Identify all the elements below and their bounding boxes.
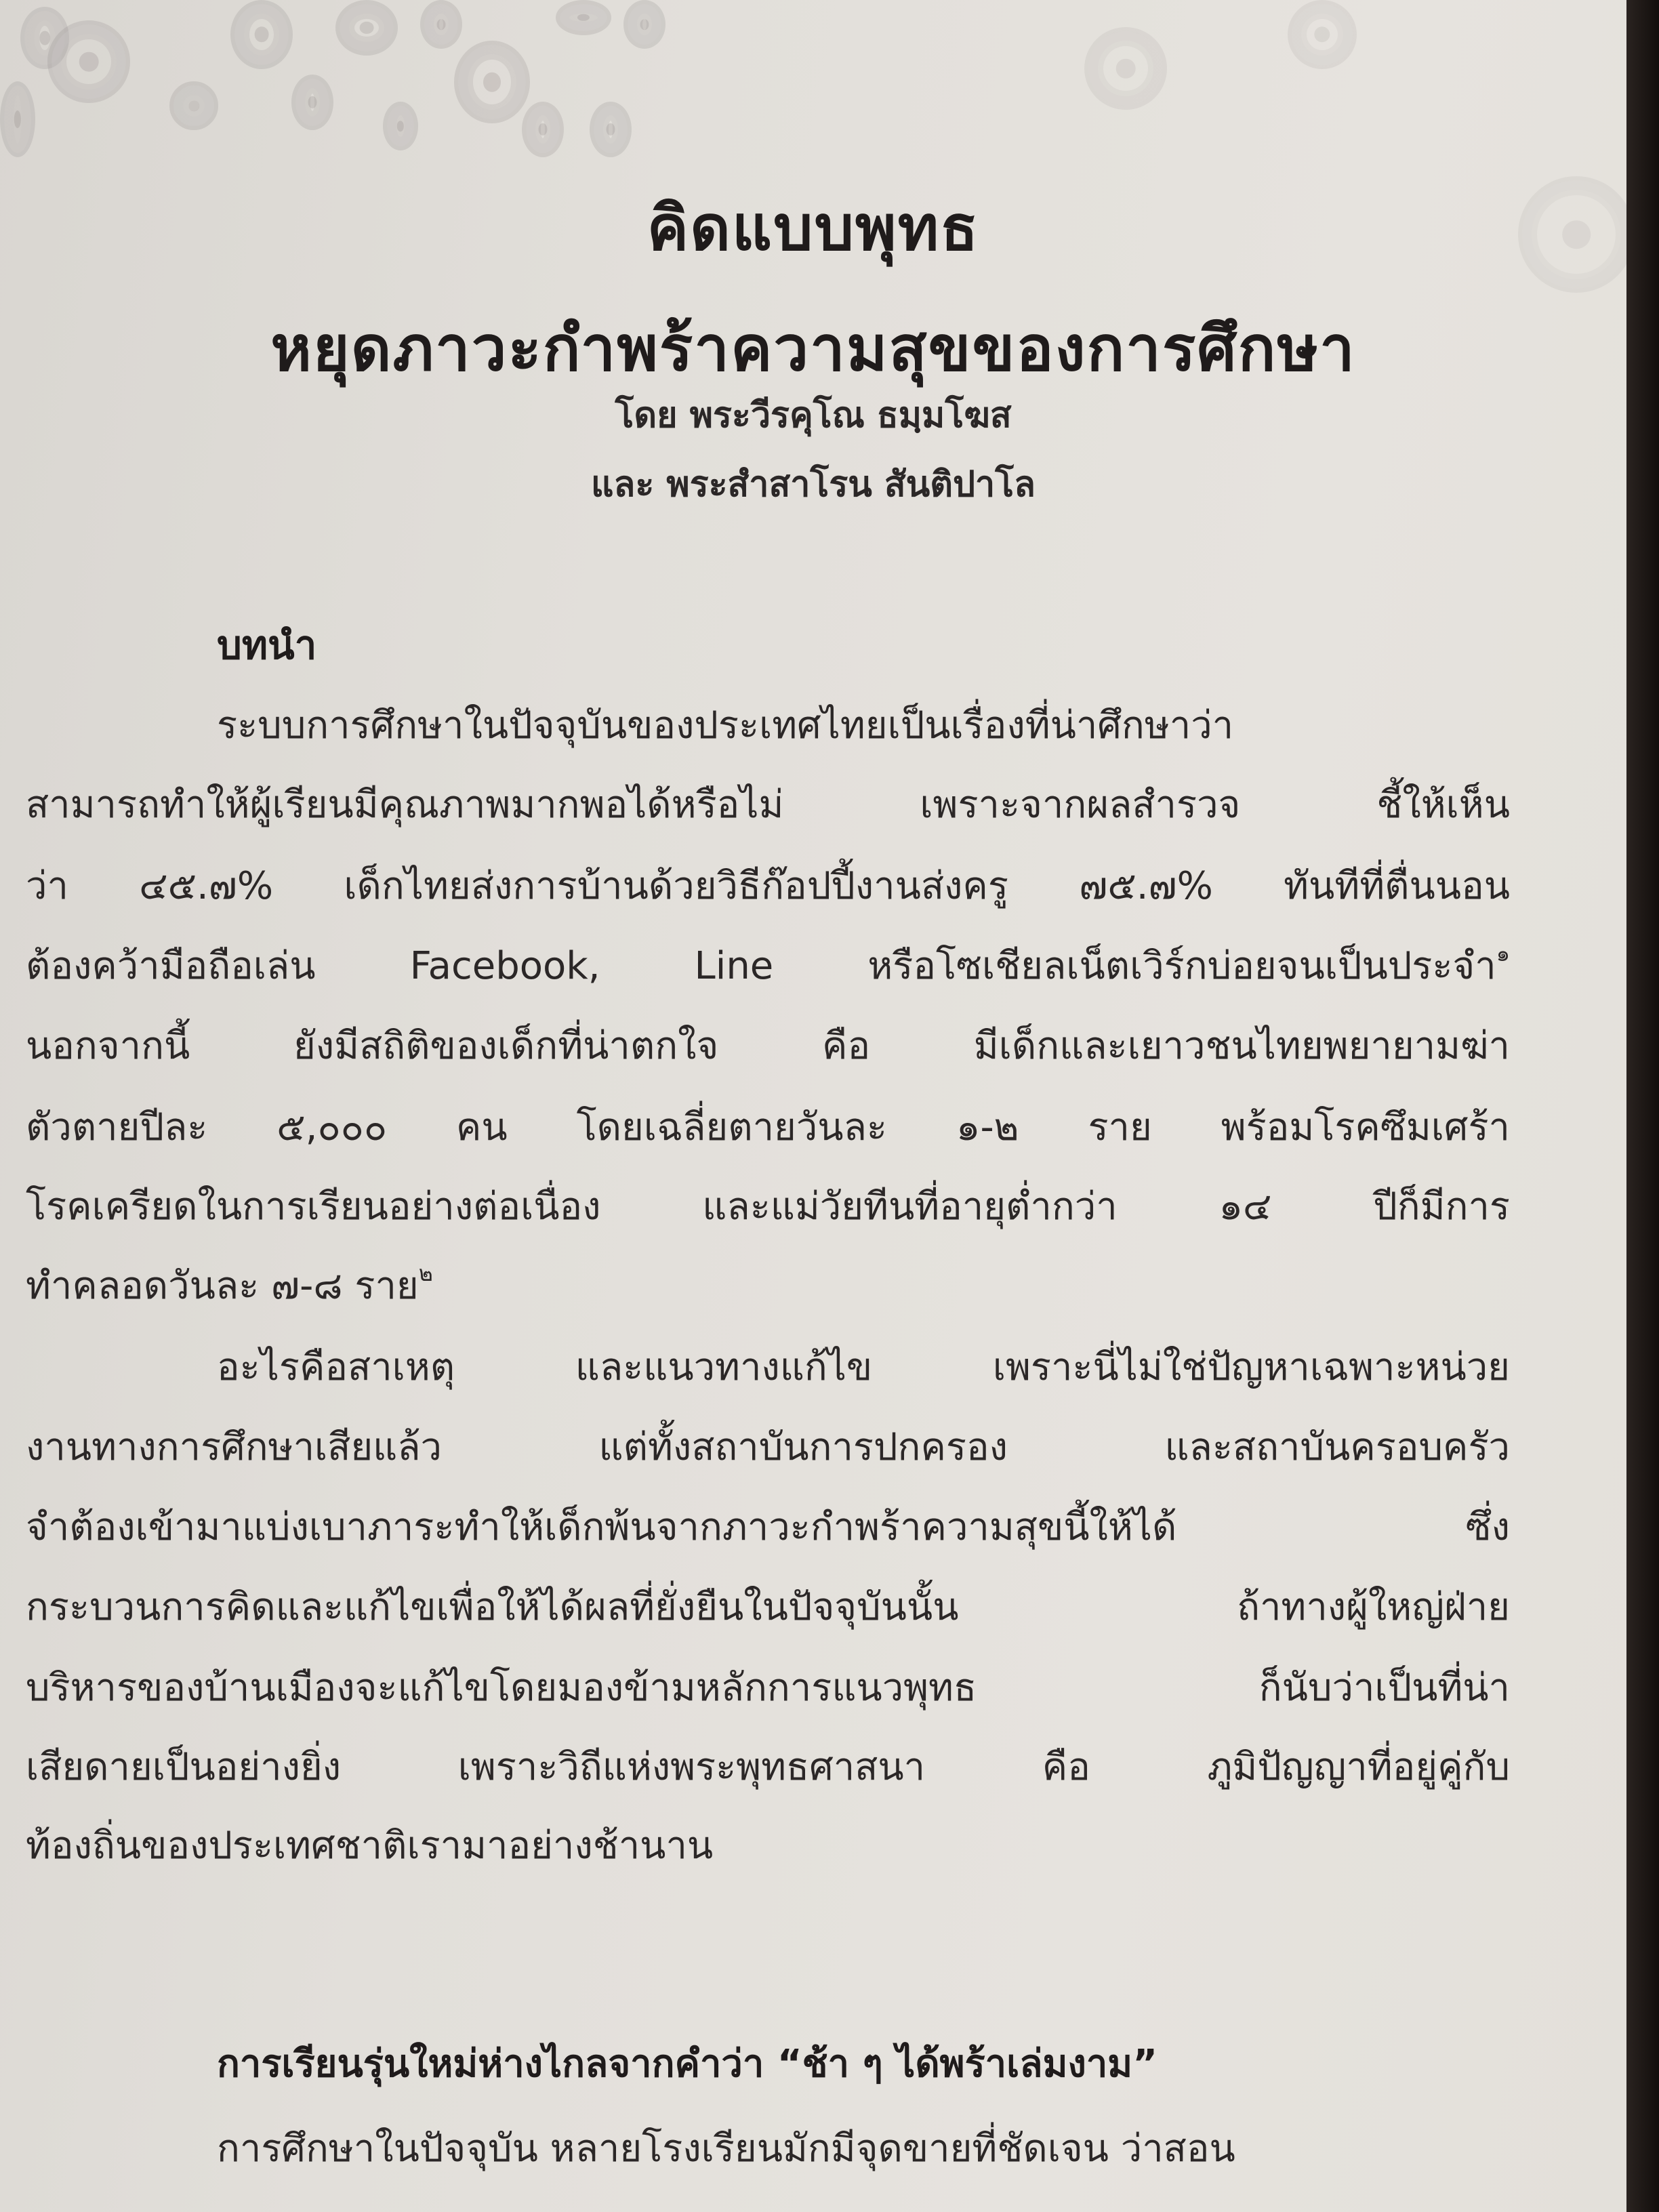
paragraph-line: จำต้องเข้ามาแบ่งเบาภาระทำให้เด็กพ้นจากภา… bbox=[26, 1496, 1510, 1557]
decorative-circle-icon bbox=[522, 102, 564, 157]
paragraph-line: ทำคลอดวันละ ๗-๘ ราย๒ bbox=[26, 1255, 1510, 1315]
section-heading-intro: บทนำ bbox=[217, 613, 316, 676]
paragraph-line: ว่า ๔๕.๗% เด็กไทยส่งการบ้านด้วยวิธีก๊อปป… bbox=[26, 855, 1510, 916]
footnote-marker[interactable]: ๑ bbox=[1496, 941, 1510, 966]
paragraph-line: ตัวตายปีละ ๕,๐๐๐ คน โดยเฉลี่ยตายวันละ ๑-… bbox=[26, 1097, 1510, 1157]
decorative-circle-icon bbox=[556, 0, 611, 35]
paragraph-line: บริหารของบ้านเมืองจะแก้ไขโดยมองข้ามหลักก… bbox=[26, 1657, 1510, 1717]
author-line2: และ พระสำสาโรน สันติปาโล bbox=[0, 455, 1626, 512]
book-page: คิดแบบพุทธ หยุดภาวะกำพร้าความสุขของการศึ… bbox=[0, 0, 1626, 2212]
decorative-circle-icon bbox=[420, 0, 462, 49]
decorative-circle-icon bbox=[1084, 27, 1167, 110]
paragraph-line: เสียดายเป็นอย่างยิ่ง เพราะวิถีแห่งพระพุท… bbox=[26, 1736, 1510, 1797]
section-heading-modern-learning: การเรียนรุ่นใหม่ห่างไกลจากคำว่า “ช้า ๆ ไ… bbox=[217, 2033, 1158, 2093]
decorative-circle-icon bbox=[454, 41, 530, 123]
paragraph-line-text: ทำคลอดวันละ ๗-๘ ราย bbox=[26, 1264, 419, 1308]
paragraph-line: กระบวนการคิดและแก้ไขเพื่อให้ได้ผลที่ยั่ง… bbox=[26, 1576, 1510, 1637]
paragraph-line: โรคเครียดในการเรียนอย่างต่อเนื่อง และแม่… bbox=[26, 1176, 1510, 1236]
decorative-circle-icon bbox=[335, 0, 398, 56]
paragraph-line: ต้องคว้ามือถือเล่น Facebook, Line หรือโซ… bbox=[26, 935, 1510, 996]
paragraph-line: นอกจากนี้ ยังมีสถิติของเด็กที่น่าตกใจ คื… bbox=[26, 1015, 1510, 1076]
paragraph-line: ท้องถิ่นของประเทศชาติเรามาอย่างช้านาน bbox=[26, 1815, 1510, 1875]
paragraph-line: อะไรคือสาเหตุ และแนวทางแก้ไข เพราะนี่ไม่… bbox=[217, 1336, 1510, 1397]
author-line1: โดย พระวีรคุโณ ธมฺมโฆส bbox=[0, 386, 1626, 443]
decorative-circle-icon bbox=[169, 81, 218, 130]
page-title-line1: คิดแบบพุทธ bbox=[0, 178, 1626, 277]
decorative-circle-icon bbox=[47, 20, 130, 103]
footnote-marker[interactable]: ๒ bbox=[419, 1261, 433, 1286]
decorative-circle-icon bbox=[383, 102, 418, 150]
book-edge-shadow bbox=[1626, 0, 1659, 2212]
paragraph-line-text: ต้องคว้ามือถือเล่น Facebook, Line หรือโซ… bbox=[26, 944, 1496, 988]
decorative-circle-icon bbox=[623, 0, 665, 49]
paragraph-line: การศึกษาในปัจจุบัน หลายโรงเรียนมักมีจุดข… bbox=[217, 2118, 1510, 2178]
decorative-circle-icon bbox=[291, 75, 333, 130]
paragraph-line: สามารถทำให้ผู้เรียนมีคุณภาพมากพอได้หรือไ… bbox=[26, 774, 1510, 834]
decorative-circle-icon bbox=[230, 0, 293, 69]
decorative-circle-icon bbox=[1288, 0, 1357, 69]
paragraph-line: ระบบการศึกษาในปัจจุบันของประเทศไทยเป็นเร… bbox=[217, 695, 1510, 755]
page-title-line2: หยุดภาวะกำพร้าความสุขของการศึกษา bbox=[0, 298, 1626, 398]
decorative-circle-icon bbox=[0, 81, 35, 157]
decorative-circle-icon bbox=[590, 102, 632, 157]
paragraph-line: งานทางการศึกษาเสียแล้ว แต่ทั้งสถาบันการป… bbox=[26, 1416, 1510, 1477]
